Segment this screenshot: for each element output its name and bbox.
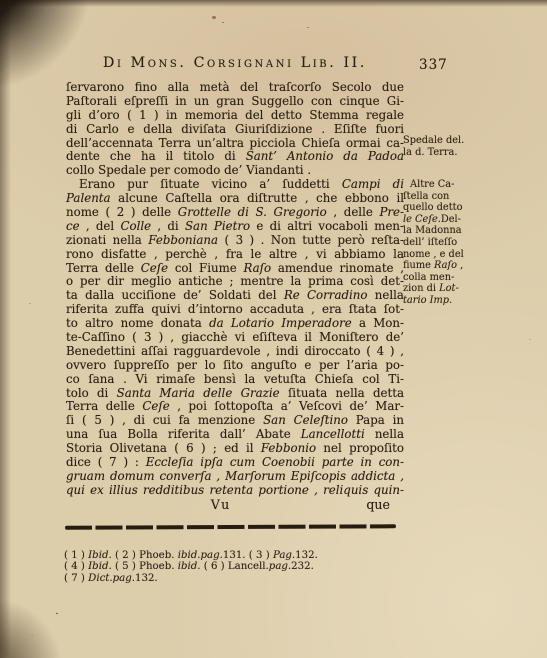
- text-line: dell’accennata Terra un’altra picciola C…: [66, 137, 404, 151]
- text-line: Benedettini aſſai ragguardevole , indi d…: [66, 345, 404, 359]
- text-line: ſtella con: [403, 191, 519, 203]
- text-line: Palenta alcune Caſtella ora diſtrutte , …: [66, 192, 404, 206]
- text-line: dell’ iſteſſo: [403, 237, 519, 249]
- text-line: ce , del Colle , di San Pietro e di altr…: [66, 220, 404, 234]
- text-line: co ſana . Vi rimaſe bensì la vetuſta Chi…: [66, 373, 404, 387]
- text-line: tario Imp.: [403, 295, 519, 307]
- text-line: Terra delle Ceſe , poi ſottopoſta a’ Veſ…: [66, 400, 404, 414]
- text-line: o per dir meglio antiche ; mentre la pri…: [66, 275, 404, 289]
- text-line: zion di Lot-: [403, 283, 519, 295]
- text-line: gli d’oro ( 1 ) in memoria del detto Ste…: [66, 109, 404, 123]
- margin-note-spedale: Spedale del.la d. Terra.: [403, 135, 519, 158]
- catchword: que: [366, 497, 390, 512]
- text-line: riferita zuffa quivi d’intorno accaduta …: [66, 303, 404, 317]
- text-line: quello detto: [403, 202, 519, 214]
- text-line: Spedale del.: [403, 135, 519, 147]
- text-line: ( 1 ) Ibid. ( 2 ) Phoeb. ibid.pag.131. (…: [64, 550, 424, 561]
- text-line: Erano pur ſituate vicino a’ ſuddetti Cam…: [66, 178, 404, 192]
- text-line: to altro nome donata da Lotario Imperado…: [66, 317, 404, 331]
- text-line: fiume Raſo ,: [403, 260, 519, 272]
- foxing-spots: [212, 16, 216, 19]
- book-page: Di Mons. Corsignani Lib. II. 337 ſervaro…: [0, 0, 547, 658]
- text-line: ſervarono fino alla metà del traſcorſo S…: [66, 81, 404, 95]
- text-line: colla men-: [403, 272, 519, 284]
- footnotes: ( 1 ) Ibid. ( 2 ) Phoeb. ibid.pag.131. (…: [64, 550, 424, 584]
- text-line: gruam domum converſa , Marſorum Epiſcopi…: [66, 470, 404, 484]
- text-line: ta dalla ucciſione de’ Soldati del Re Co…: [66, 289, 404, 303]
- text-line: ( 4 ) Ibid. ( 5 ) Phoeb. ibid. ( 6 ) Lan…: [64, 561, 424, 572]
- text-line: zionati nella Febboniana ( 3 ) . Non tut…: [66, 234, 404, 248]
- text-line: qui ex illius redditibus retenta portion…: [66, 484, 404, 498]
- text-line: nome , e del: [403, 249, 519, 261]
- footnote-divider-rule: [65, 524, 396, 530]
- text-line: la d. Terra.: [403, 147, 519, 159]
- text-line: le Ceſe.Del-: [403, 214, 519, 226]
- page-corner-shadow: [0, 568, 70, 658]
- text-line: tolo di Santa Maria delle Grazie ſituata…: [66, 387, 404, 401]
- text-line: collo Spedale per comodo de’ Viandanti .: [66, 164, 404, 178]
- text-line: dente che ha il titolo di Sant’ Antonio …: [66, 150, 404, 164]
- margin-note-castella: Altre Ca-ſtella conquello dettole Ceſe.D…: [403, 179, 519, 307]
- text-line: di Carlo e della diviſata Giuriſdizione …: [66, 123, 404, 137]
- text-line: dice ( 7 ) : Eccleſia ipſa cum Coenobii …: [66, 456, 404, 470]
- gathering-signature: Vu: [66, 497, 376, 512]
- page-number: 337: [419, 57, 448, 73]
- text-line: Terra delle Ceſe col Fiume Raſo amendue …: [66, 262, 404, 276]
- text-line: una ſua Bolla riferita dall’ Abate Lance…: [66, 428, 404, 442]
- text-line: Paſtorali eſpreſſi in un gran Suggello c…: [66, 95, 404, 109]
- text-line: Storia Olivetana ( 6 ) ; ed il Febbonio …: [66, 442, 404, 456]
- text-line: nome ( 2 ) delle Grottelle di S. Gregori…: [66, 206, 404, 220]
- body-text: ſervarono fino alla metà del traſcorſo S…: [66, 81, 404, 498]
- text-line: ſi ( 5 ) , di cui fa menzione San Celeſt…: [66, 414, 404, 428]
- signature-line: Vu que: [66, 497, 404, 512]
- text-line: rono disfatte , perchè , fra le altre , …: [66, 248, 404, 262]
- text-line: la Madonna: [403, 225, 519, 237]
- text-line: ( 7 ) Dict.pag.132.: [64, 573, 424, 584]
- text-line: te-Caſſino ( 3 ) , giacchè vi eſiſteva i…: [66, 331, 404, 345]
- running-header: Di Mons. Corsignani Lib. II.: [66, 55, 404, 72]
- text-line: Altre Ca-: [403, 179, 519, 191]
- text-line: ovvero ſuppreſſo per lo ſito anguſto e p…: [66, 359, 404, 373]
